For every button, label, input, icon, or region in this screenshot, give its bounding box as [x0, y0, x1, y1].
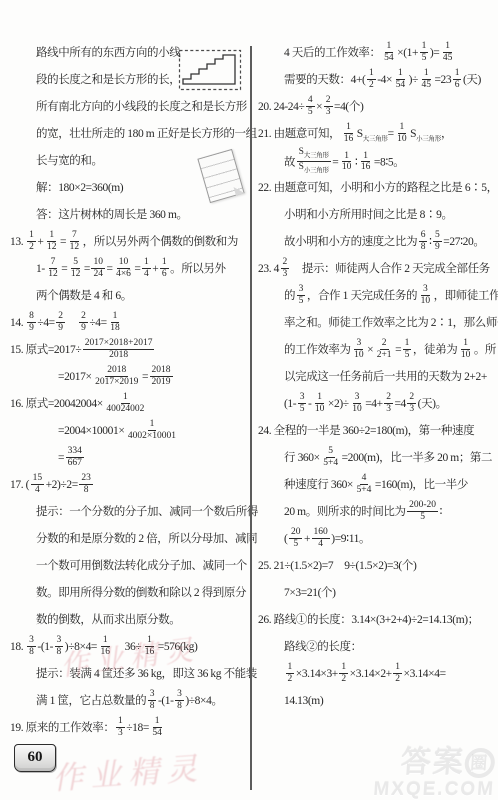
fraction: 154: [31, 473, 45, 495]
red-watermark: 作业精灵: [51, 743, 206, 798]
solution-line: 需要的天数：4+(12-4×154)÷145=2316(天): [258, 67, 496, 94]
solution-line: 的工作效率为310×22+1=15，徒弟为110。所: [258, 337, 496, 364]
solution-line: 行 360×55+4=200(m)，比一半多 20 m；第二: [258, 445, 496, 472]
answer-site-watermark: 答案圈 MXQE.COM: [321, 748, 498, 800]
fraction: 89: [27, 311, 36, 333]
solution-line: 24. 全程的一半是 360÷2=180(m)，第一种速度: [258, 418, 496, 445]
fraction: 310: [352, 338, 366, 360]
solution-line: 22. 由题意可知，小明和小方的路程之比是 6∶5，: [258, 175, 496, 202]
solution-line: 21. 由题意可知，116S大三角形=110S小三角形，: [258, 121, 496, 148]
solution-line: 满 1 筐，它占总数量的38-(1-38)÷8×4。: [10, 688, 244, 715]
solution-line: 率之和。师徒工作效率之比为 2∶1，那么师傅: [258, 310, 496, 337]
fraction: 238: [79, 473, 93, 495]
workbook-answers-page: 路线中所有的东西方向的小线段的长度之和是长方形的长，所有南北方向的小线段的长度之…: [0, 0, 498, 800]
solution-line: 提示：装满 4 筐还多 36 kg，即这 36 kg 不能装: [10, 661, 244, 688]
fraction: 104×6: [114, 257, 133, 279]
fraction: 712: [68, 230, 82, 252]
solution-line: 以完成这一任务前后一共用的天数为 2+2+: [258, 364, 496, 391]
solution-line: 19. 原来的工作效率：13÷18=154: [10, 715, 244, 742]
solution-line: 故S大三角形S小三角形=110∶116=8∶5。: [258, 148, 496, 175]
solution-line: 的宽，壮壮所走的 180 m 正好是长方形的一组: [10, 121, 244, 148]
fraction: 116: [342, 122, 356, 144]
logo-circle-icon: 圈: [464, 748, 496, 778]
solution-line: 18. 38-(1-38)÷8×4=116 36÷116=576(kg): [10, 634, 244, 661]
fraction: 55+4: [321, 446, 340, 468]
fraction: 59: [433, 230, 442, 252]
solution-line: 4 天后的工作效率：154×(1+15)=145: [258, 40, 496, 67]
solution-line: 12×3.14×3+12×3.14×2+12×3.14×4=: [258, 661, 496, 688]
fraction: 20182017×2019: [93, 365, 140, 387]
left-column: 路线中所有的东西方向的小线段的长度之和是长方形的长，所有南北方向的小线段的长度之…: [10, 40, 244, 742]
solution-line: =2017×20182017×2019=20182019: [10, 364, 244, 391]
watermark-site-url: MXQE.COM: [321, 778, 498, 800]
fraction: 12: [27, 230, 36, 252]
fraction: 200-205: [407, 500, 438, 522]
solution-line: =334667: [10, 445, 244, 472]
fraction: 2017×2018+20172018: [83, 338, 155, 360]
solution-line: 16. 原式=20042004×140024002: [10, 391, 244, 418]
fraction: 29: [79, 311, 88, 333]
solution-line: 1-712=512=1024=104×6=14+16。所以另外: [10, 256, 244, 283]
solution-line: 故小明和小方的速度之比为68∶59=27∶20。: [258, 229, 496, 256]
fraction: 23: [384, 392, 393, 414]
fraction: 38: [27, 635, 36, 657]
solution-line: 26. 路线①的长度：3.14×(3+2+4)÷2=14.13(m)；: [258, 607, 496, 634]
solution-line: 14. 89÷4=29 29÷4=118: [10, 310, 244, 337]
solution-line: 15. 原式=2017÷2017×2018+20172018: [10, 337, 244, 364]
fraction: 35: [297, 284, 306, 306]
column-divider: [250, 46, 252, 790]
subscript: 小三角形: [416, 135, 441, 142]
solution-line: 路线②的长度：: [258, 634, 496, 661]
solution-line: 小明和小方所用时间之比是 8∶9。: [258, 202, 496, 229]
solution-line: 所有南北方向的小线段的长度之和是长方形: [10, 94, 244, 121]
subscript: 小三角形: [304, 167, 329, 174]
fraction: 116: [143, 635, 157, 657]
fraction: 110: [459, 338, 473, 360]
fraction: 35: [298, 392, 307, 414]
solution-line: 13. 12+112=712，所以另外两个偶数的倒数和为: [10, 229, 244, 256]
solution-line: 25. 21÷(1.5×2)=7 9÷(1.5×2)=3(个): [258, 553, 496, 580]
fraction: 14: [142, 257, 151, 279]
staircase-figure: [178, 49, 242, 91]
fraction: 154: [382, 41, 396, 63]
fraction: 310: [350, 392, 364, 414]
solution-line: 一个数可用倒数法转化成分子加、减同一个: [10, 553, 244, 580]
fraction: 15: [420, 41, 429, 63]
fraction: 38: [175, 689, 184, 711]
solution-line: 23. 423 提示：师徒两人合作 2 天完成全部任务: [258, 256, 496, 283]
fraction: S大三角形S小三角形: [297, 147, 331, 177]
fraction: 29: [56, 311, 65, 333]
fraction: 712: [46, 257, 60, 279]
page-number-badge: 60: [14, 744, 56, 772]
solution-line: 种速度行 360×45+4=160(m)，比一半少: [258, 472, 496, 499]
fraction: 118: [108, 311, 122, 333]
subscript: 大三角形: [363, 135, 388, 142]
fraction: 38: [148, 689, 157, 711]
fraction: 112: [45, 230, 59, 252]
fraction: 38: [55, 635, 64, 657]
fraction: 512: [69, 257, 83, 279]
fraction: 16: [160, 257, 169, 279]
solution-line: (1-35-110×2)÷310=4+23=423(天)。: [258, 391, 496, 418]
right-column: 4 天后的工作效率：154×(1+15)=145需要的天数：4+(12-4×15…: [258, 40, 496, 715]
fraction: 12: [286, 662, 295, 684]
fraction: 205: [289, 527, 303, 549]
solution-line: 答：这片树林的周长是 360 m。: [10, 202, 244, 229]
fraction: 310: [419, 284, 433, 306]
fraction: 116: [99, 635, 113, 657]
fraction: 12: [393, 662, 402, 684]
fraction: 12: [367, 68, 376, 90]
fraction: 110: [340, 151, 354, 173]
subscript: 大三角形: [304, 152, 329, 159]
fraction: 154: [150, 716, 164, 738]
fraction: 23: [281, 257, 290, 279]
fraction: 14002×10001: [126, 419, 178, 441]
solution-line: 数。即用所得分数的倒数和除以 2 得到原分: [10, 580, 244, 607]
fraction: 45+4: [355, 473, 374, 495]
fraction: 140024002: [104, 392, 146, 414]
fraction: 23: [407, 392, 416, 414]
fraction: 15: [403, 338, 412, 360]
solution-line: 20. 24-24÷45×23=4(个): [258, 94, 496, 121]
solution-line: 20 m。则所求的时间比为200-205∶: [258, 499, 496, 526]
solution-line: 7×3=21(个): [258, 580, 496, 607]
solution-line: 17. (154+2)÷2=238: [10, 472, 244, 499]
solution-line: (205+1604)=9∶11。: [258, 526, 496, 553]
fraction: 334667: [66, 446, 84, 468]
solution-line: 两个偶数是 4 和 6。: [10, 283, 244, 310]
fraction: 1604: [312, 527, 330, 549]
solution-line: 的35，合作 1 天完成任务的310，即师徒工作效: [258, 283, 496, 310]
fraction: 145: [441, 41, 455, 63]
solution-line: 分数的和是原分数的 2 倍，所以分母加、减同: [10, 526, 244, 553]
fraction: 68: [419, 230, 428, 252]
logo-main-text: 答案: [400, 746, 466, 779]
fraction: 22+1: [375, 338, 394, 360]
fraction: 13: [116, 716, 125, 738]
solution-line: 数的倒数，从而求出原分数。: [10, 607, 244, 634]
solution-line: =2004×10001×14002×10001: [10, 418, 244, 445]
fraction: 1024: [91, 257, 105, 279]
fraction: 16: [453, 68, 462, 90]
fraction: 45: [306, 95, 315, 117]
solution-line: 提示：一个分数的分子加、减同一个数后所得: [10, 499, 244, 526]
fraction: 110: [395, 122, 409, 144]
fraction: 12: [339, 662, 348, 684]
fraction: 110: [313, 392, 327, 414]
solution-line: 14.13(m): [258, 688, 496, 715]
fraction: 20182019: [150, 365, 173, 387]
watermark-logo-text: 答案圈: [323, 748, 498, 778]
fraction: 154: [394, 68, 408, 90]
fraction: 23: [324, 95, 333, 117]
fraction: 145: [419, 68, 433, 90]
fraction: 116: [359, 151, 373, 173]
